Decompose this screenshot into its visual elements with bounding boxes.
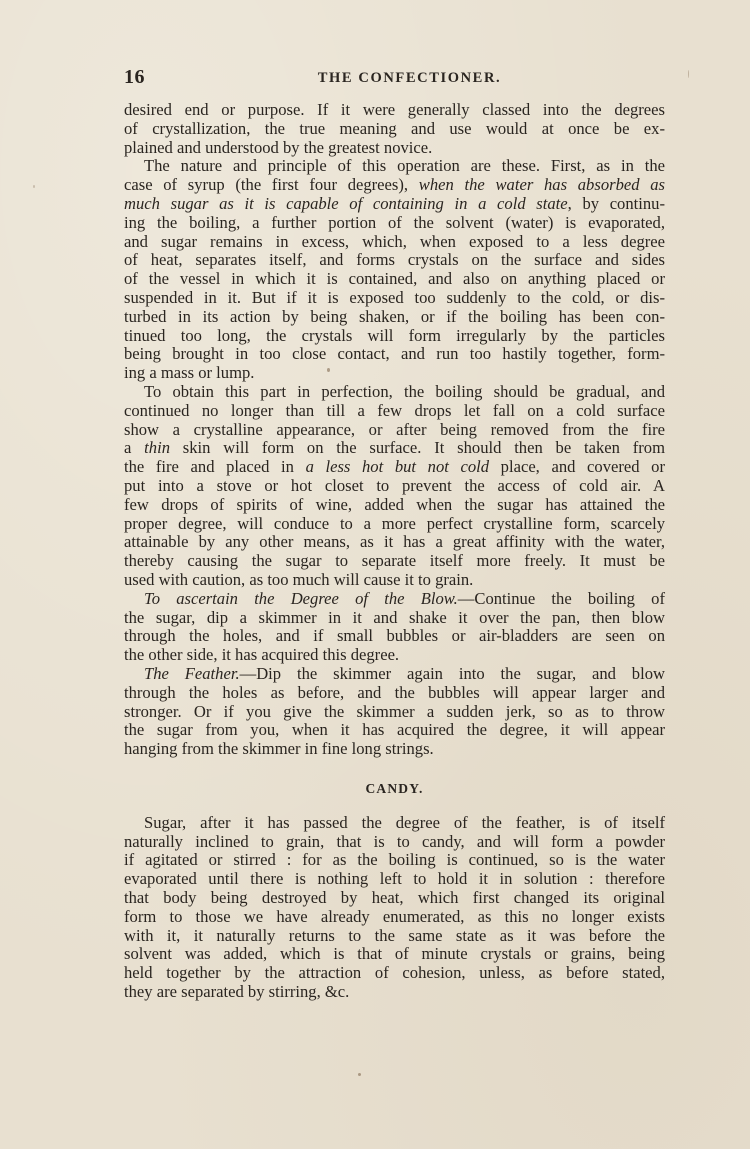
book-title: THE CONFECTIONER. [124,70,665,87]
section-heading: CANDY. [124,780,665,798]
text-run: few drops of spirits of wine, added when… [124,495,665,514]
paper-speck [688,70,689,78]
text-line: few drops of spirits of wine, added when… [124,496,665,515]
text-run: held together by the attraction of cohes… [124,963,665,982]
body-text: desired end or purpose. If it were gener… [124,101,665,759]
text-run: the sugar from you, when it has acquired… [124,720,665,739]
book-page: 16 THE CONFECTIONER. desired end or purp… [124,66,665,1002]
paragraph: The nature and principle of this operati… [124,157,665,383]
text-run: the other side, it has acquired this deg… [124,645,399,664]
text-run: through the holes, and if small bubbles … [124,626,665,645]
running-head: 16 THE CONFECTIONER. [124,66,665,92]
text-line: being brought in too close contact, and … [124,345,665,364]
text-run: , by continu- [568,194,665,213]
text-run: form to those we have already enumerated… [124,907,665,926]
text-line: of crystallization, the true meaning and… [124,120,665,139]
text-line: through the holes as before, and the bub… [124,684,665,703]
text-line: To obtain this part in perfection, the b… [124,383,665,402]
text-line: used with caution, as too much will caus… [124,571,665,590]
text-line: of heat, separates itself, and forms cry… [124,251,665,270]
text-run: they are separated by stirring, &c. [124,982,349,1001]
text-line: a thin skin will form on the surface. It… [124,439,665,458]
text-line: of the vessel in which it is contained, … [124,270,665,289]
italic-text: much sugar as it is capable of containin… [124,194,568,213]
paragraph: The Feather.—Dip the skimmer again into … [124,665,665,759]
text-line: ing the boiling, a further portion of th… [124,214,665,233]
text-line: The nature and principle of this operati… [124,157,665,176]
text-run: turbed in its action by being shaken, or… [124,307,665,326]
paragraph: Sugar, after it has passed the degree of… [124,814,665,1002]
text-run: the fire and placed in [124,457,306,476]
text-line: much sugar as it is capable of containin… [124,195,665,214]
text-run: being brought in too close contact, and … [124,344,665,363]
text-run: desired end or purpose. If it were gener… [124,100,665,119]
text-line: ing a mass or lump. [124,364,665,383]
text-line: case of syrup (the first four degrees), … [124,176,665,195]
text-run: a [124,438,144,457]
text-line: the sugar from you, when it has acquired… [124,721,665,740]
text-run: —Dip the skimmer again into the sugar, a… [240,664,665,683]
text-run: hanging from the skimmer in fine long st… [124,739,434,758]
text-run: —Continue the boiling of [458,589,665,608]
text-line: To ascertain the Degree of the Blow.—Con… [124,590,665,609]
text-run: through the holes as before, and the bub… [124,683,665,702]
paragraph: desired end or purpose. If it were gener… [124,101,665,157]
text-run: of heat, separates itself, and forms cry… [124,250,665,269]
text-run: To obtain this part in perfection, the b… [144,382,665,401]
text-run: Sugar, after it has passed the degree of… [144,813,665,832]
text-line: turbed in its action by being shaken, or… [124,308,665,327]
text-line: The Feather.—Dip the skimmer again into … [124,665,665,684]
paragraph: To obtain this part in perfection, the b… [124,383,665,590]
text-line: thereby causing the sugar to separate it… [124,552,665,571]
text-line: solvent was added, which is that of minu… [124,945,665,964]
section-text: Sugar, after it has passed the degree of… [124,814,665,1002]
text-line: show a crystalline appearance, or after … [124,421,665,440]
text-line: that body being destroyed by heat, which… [124,889,665,908]
text-line: attainable by any other means, as it has… [124,533,665,552]
text-run: put into a stove or hot closet to preven… [124,476,665,495]
text-run: thereby causing the sugar to separate it… [124,551,665,570]
text-line: Sugar, after it has passed the degree of… [124,814,665,833]
text-line: naturally inclined to grain, that is to … [124,833,665,852]
text-line: plained and understood by the greatest n… [124,139,665,158]
text-run: ing the boiling, a further portion of th… [124,213,665,232]
text-run: with it, it naturally returns to the sam… [124,926,665,945]
text-run: the sugar, dip a skimmer in it and shake… [124,608,665,627]
text-line: put into a stove or hot closet to preven… [124,477,665,496]
text-run: evaporated until there is nothing left t… [124,869,665,888]
paper-speck [358,1073,361,1076]
italic-text: thin [144,438,170,457]
text-line: and sugar remains in excess, which, when… [124,233,665,252]
text-line: held together by the attraction of cohes… [124,964,665,983]
text-run: of the vessel in which it is contained, … [124,269,665,288]
text-run: attainable by any other means, as it has… [124,532,665,551]
paper-speck [33,185,35,188]
text-line: desired end or purpose. If it were gener… [124,101,665,120]
italic-text: when the water has absorbed as [419,175,665,194]
text-line: through the holes, and if small bubbles … [124,627,665,646]
text-line: the other side, it has acquired this deg… [124,646,665,665]
text-run: ing a mass or lump. [124,363,254,382]
text-run: The nature and principle of this operati… [144,156,665,175]
text-line: hanging from the skimmer in fine long st… [124,740,665,759]
text-run: that body being destroyed by heat, which… [124,888,665,907]
text-run: if agitated or stirred : for as the boil… [124,850,665,869]
text-run: naturally inclined to grain, that is to … [124,832,665,851]
text-line: tinued too long, the crystals will form … [124,327,665,346]
text-run: used with caution, as too much will caus… [124,570,473,589]
paragraph: To ascertain the Degree of the Blow.—Con… [124,590,665,665]
text-line: the fire and placed in a less hot but no… [124,458,665,477]
text-line: evaporated until there is nothing left t… [124,870,665,889]
italic-text: a less hot but not cold [306,457,489,476]
italic-text: The Feather. [144,664,240,683]
text-run: show a crystalline appearance, or after … [124,420,665,439]
text-run: stronger. Or if you give the skimmer a s… [124,702,665,721]
text-run: place, and covered or [489,457,665,476]
text-line: they are separated by stirring, &c. [124,983,665,1002]
text-run: and sugar remains in excess, which, when… [124,232,665,251]
text-run: suspended in it. But if it is exposed to… [124,288,665,307]
text-run: solvent was added, which is that of minu… [124,944,665,963]
text-run: continued no longer than till a few drop… [124,401,665,420]
text-run: plained and understood by the greatest n… [124,138,432,157]
text-run: tinued too long, the crystals will form … [124,326,665,345]
paper-speck [327,368,330,372]
text-run: of crystallization, the true meaning and… [124,119,665,138]
text-run: case of syrup (the first four degrees), [124,175,419,194]
italic-text: To ascertain the Degree of the Blow. [144,589,458,608]
text-line: with it, it naturally returns to the sam… [124,927,665,946]
text-line: the sugar, dip a skimmer in it and shake… [124,609,665,628]
text-line: suspended in it. But if it is exposed to… [124,289,665,308]
text-run: skin will form on the surface. It should… [170,438,665,457]
text-line: stronger. Or if you give the skimmer a s… [124,703,665,722]
text-line: form to those we have already enumerated… [124,908,665,927]
text-line: if agitated or stirred : for as the boil… [124,851,665,870]
text-line: proper degree, will conduce to a more pe… [124,515,665,534]
text-line: continued no longer than till a few drop… [124,402,665,421]
text-run: proper degree, will conduce to a more pe… [124,514,665,533]
